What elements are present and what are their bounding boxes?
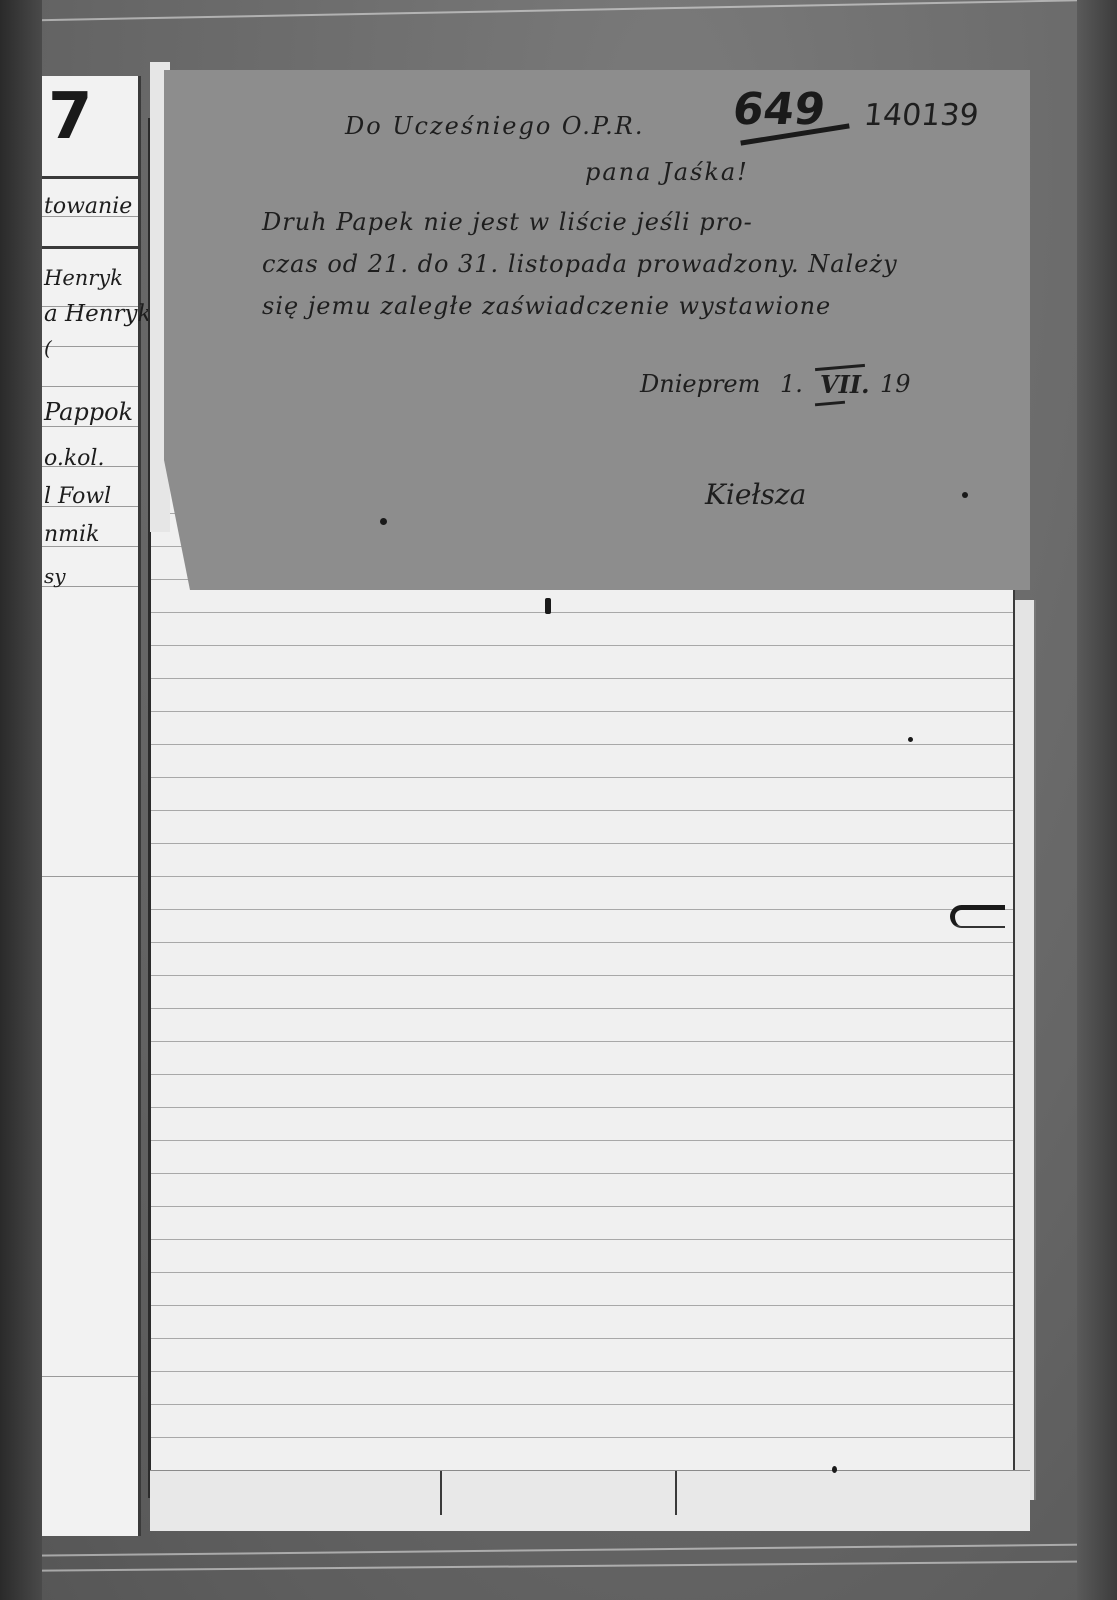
strip-entry: a Henryk [44,301,151,327]
ink-speck [380,518,387,525]
ink-speck [545,598,551,614]
note-body-line: Druh Papek nie jest w liście jeśli pro- [262,208,753,236]
strip-rule [42,386,138,387]
strip-rule [42,426,138,427]
strip-entry: o.kol. [44,446,104,471]
date-day: 1. [780,370,803,398]
page-crease [675,1471,677,1515]
note-body-line: się jemu zaległe zaświadczenie wystawion… [262,292,831,320]
page-crease [440,1471,442,1515]
strip-entry: ( [44,336,52,360]
strip-divider [42,176,138,179]
note-header-line-1: Do Ucześniego O.P.R. [345,112,644,140]
strip-entry: nmik [44,522,99,547]
date-month: VII. [820,370,869,399]
strip-entry: l Fowl [44,484,111,509]
page-bottom-fold [150,1470,1030,1531]
strip-divider [42,246,138,249]
secondary-number: 140139 [862,98,980,133]
date-line: Dnieprem 1. VII. 19 [640,370,930,410]
left-ledger-strip: 7 towanie Henryk a Henryk ( Pappok o.kol… [42,76,141,1536]
ink-speck [908,737,913,742]
strip-entry: sy [44,564,66,588]
strip-rule [42,876,138,877]
strip-rule [42,1376,138,1377]
page-number: 7 [48,80,93,154]
date-year: 19 [880,370,911,398]
signature: Kiełsza [705,478,806,511]
right-edge-shadow [1077,0,1117,1600]
month-underline [815,401,845,407]
note-header-line-2: pana Jaśka! [585,158,749,186]
date-place: Dnieprem [640,370,760,398]
reference-number: 649 [729,84,828,135]
ink-speck [962,492,968,498]
pasted-note [164,70,1030,590]
strip-entry: towanie [44,194,132,219]
note-body-line: czas od 21. do 31. listopada prowadzony.… [262,250,898,278]
strip-entry: Pappok [44,398,133,426]
ink-speck [832,1466,837,1473]
ink-mark [950,905,1005,928]
binding-shadow [0,0,42,1600]
strip-rule [42,346,138,347]
strip-entry: Henryk [44,266,123,290]
